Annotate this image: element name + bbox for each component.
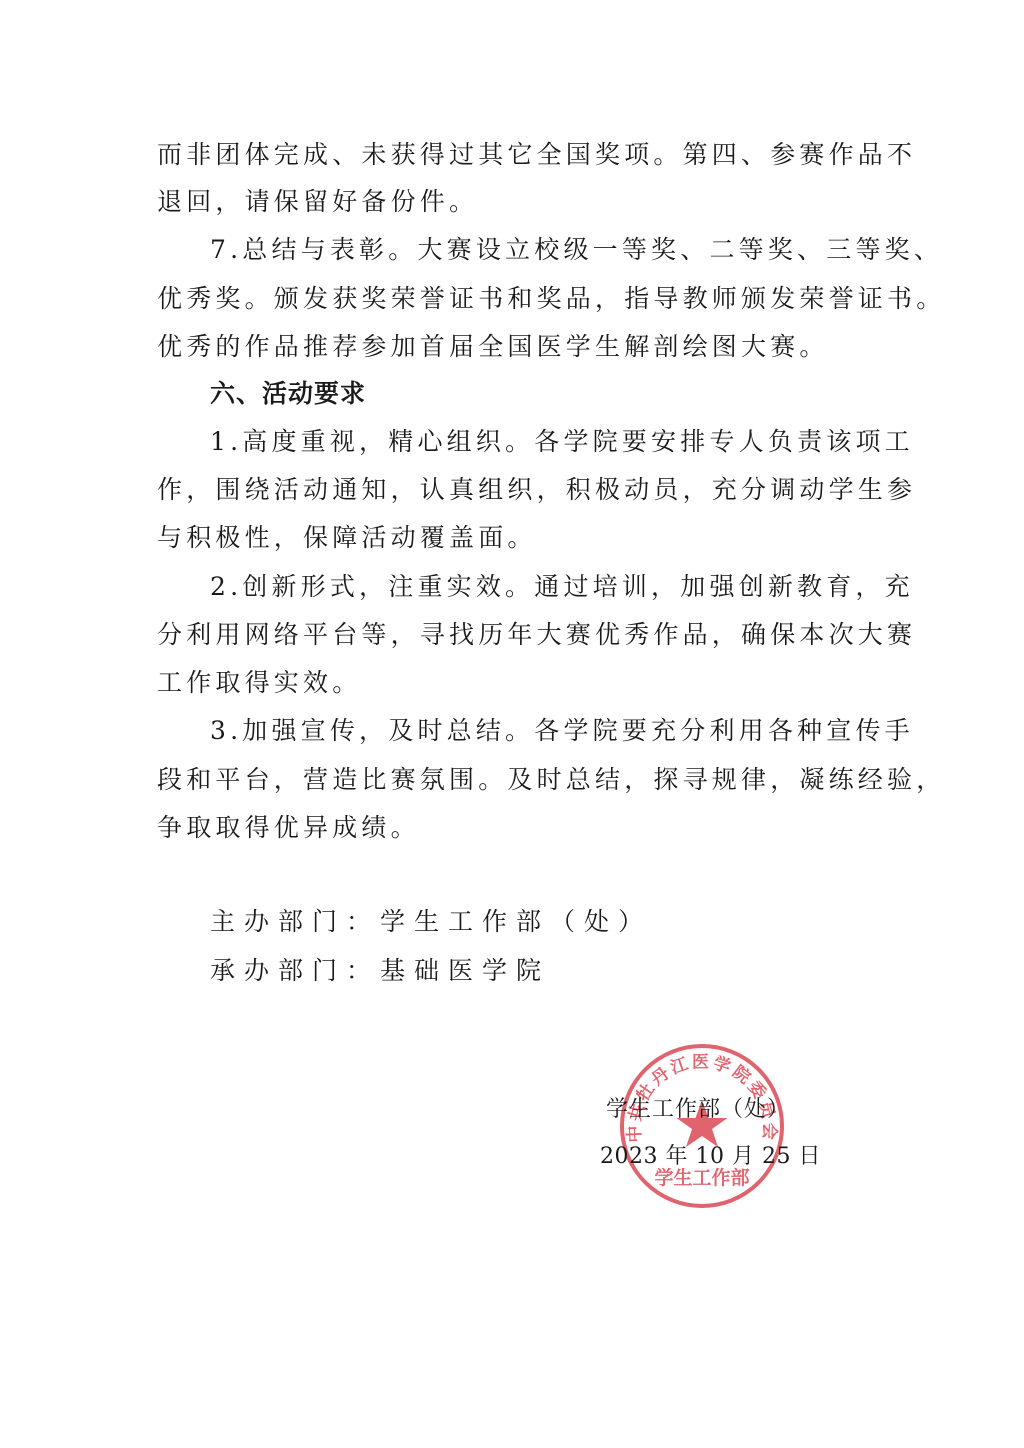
body-line: 优秀奖。颁发获奖荣誉证书和奖品，指导教师颁发荣誉证书。 [157, 284, 872, 314]
organizing-department: 承办部门：基础医学院 [210, 956, 872, 986]
signature-date: 2023 年 10 月 25 日 [600, 1144, 821, 1170]
body-line: 7.总结与表彰。大赛设立校级一等奖、二等奖、三等奖、 [210, 235, 872, 265]
body-line: 退回，请保留好备份件。 [157, 187, 872, 217]
requirement-3-line-1: 3.加强宣传，及时总结。各学院要充分利用各种宣传手 [210, 716, 872, 746]
host-department: 主办部门：学生工作部（处） [210, 907, 872, 937]
requirement-1-line-3: 与积极性，保障活动覆盖面。 [157, 523, 872, 553]
requirement-3-line-3: 争取取得优异成绩。 [157, 813, 872, 843]
body-line: 而非团体完成、未获得过其它全国奖项。第四、参赛作品不 [157, 140, 872, 170]
requirement-2-line-2: 分利用网络平台等，寻找历年大赛优秀作品，确保本次大赛 [157, 620, 872, 650]
body-line: 优秀的作品推荐参加首届全国医学生解剖绘图大赛。 [157, 332, 872, 362]
requirement-3-line-2: 段和平台，营造比赛氛围。及时总结，探寻规律，凝练经验， [157, 765, 872, 795]
requirement-1-line-2: 作，围绕活动通知，认真组织，积极动员，充分调动学生参 [157, 475, 872, 505]
document-page: 而非团体完成、未获得过其它全国奖项。第四、参赛作品不 退回，请保留好备份件。 7… [0, 0, 1024, 1448]
signature-department: 学生工作部（处） [606, 1097, 790, 1123]
official-seal-icon: 中共牡丹江医学院委员会 学生工作部 [618, 1042, 786, 1210]
requirement-1-line-1: 1.高度重视，精心组织。各学院要安排专人负责该项工 [210, 427, 872, 457]
section-heading: 六、活动要求 [210, 379, 872, 409]
requirement-2-line-1: 2.创新形式，注重实效。通过培训，加强创新教育，充 [210, 572, 872, 602]
requirement-2-line-3: 工作取得实效。 [157, 668, 872, 698]
